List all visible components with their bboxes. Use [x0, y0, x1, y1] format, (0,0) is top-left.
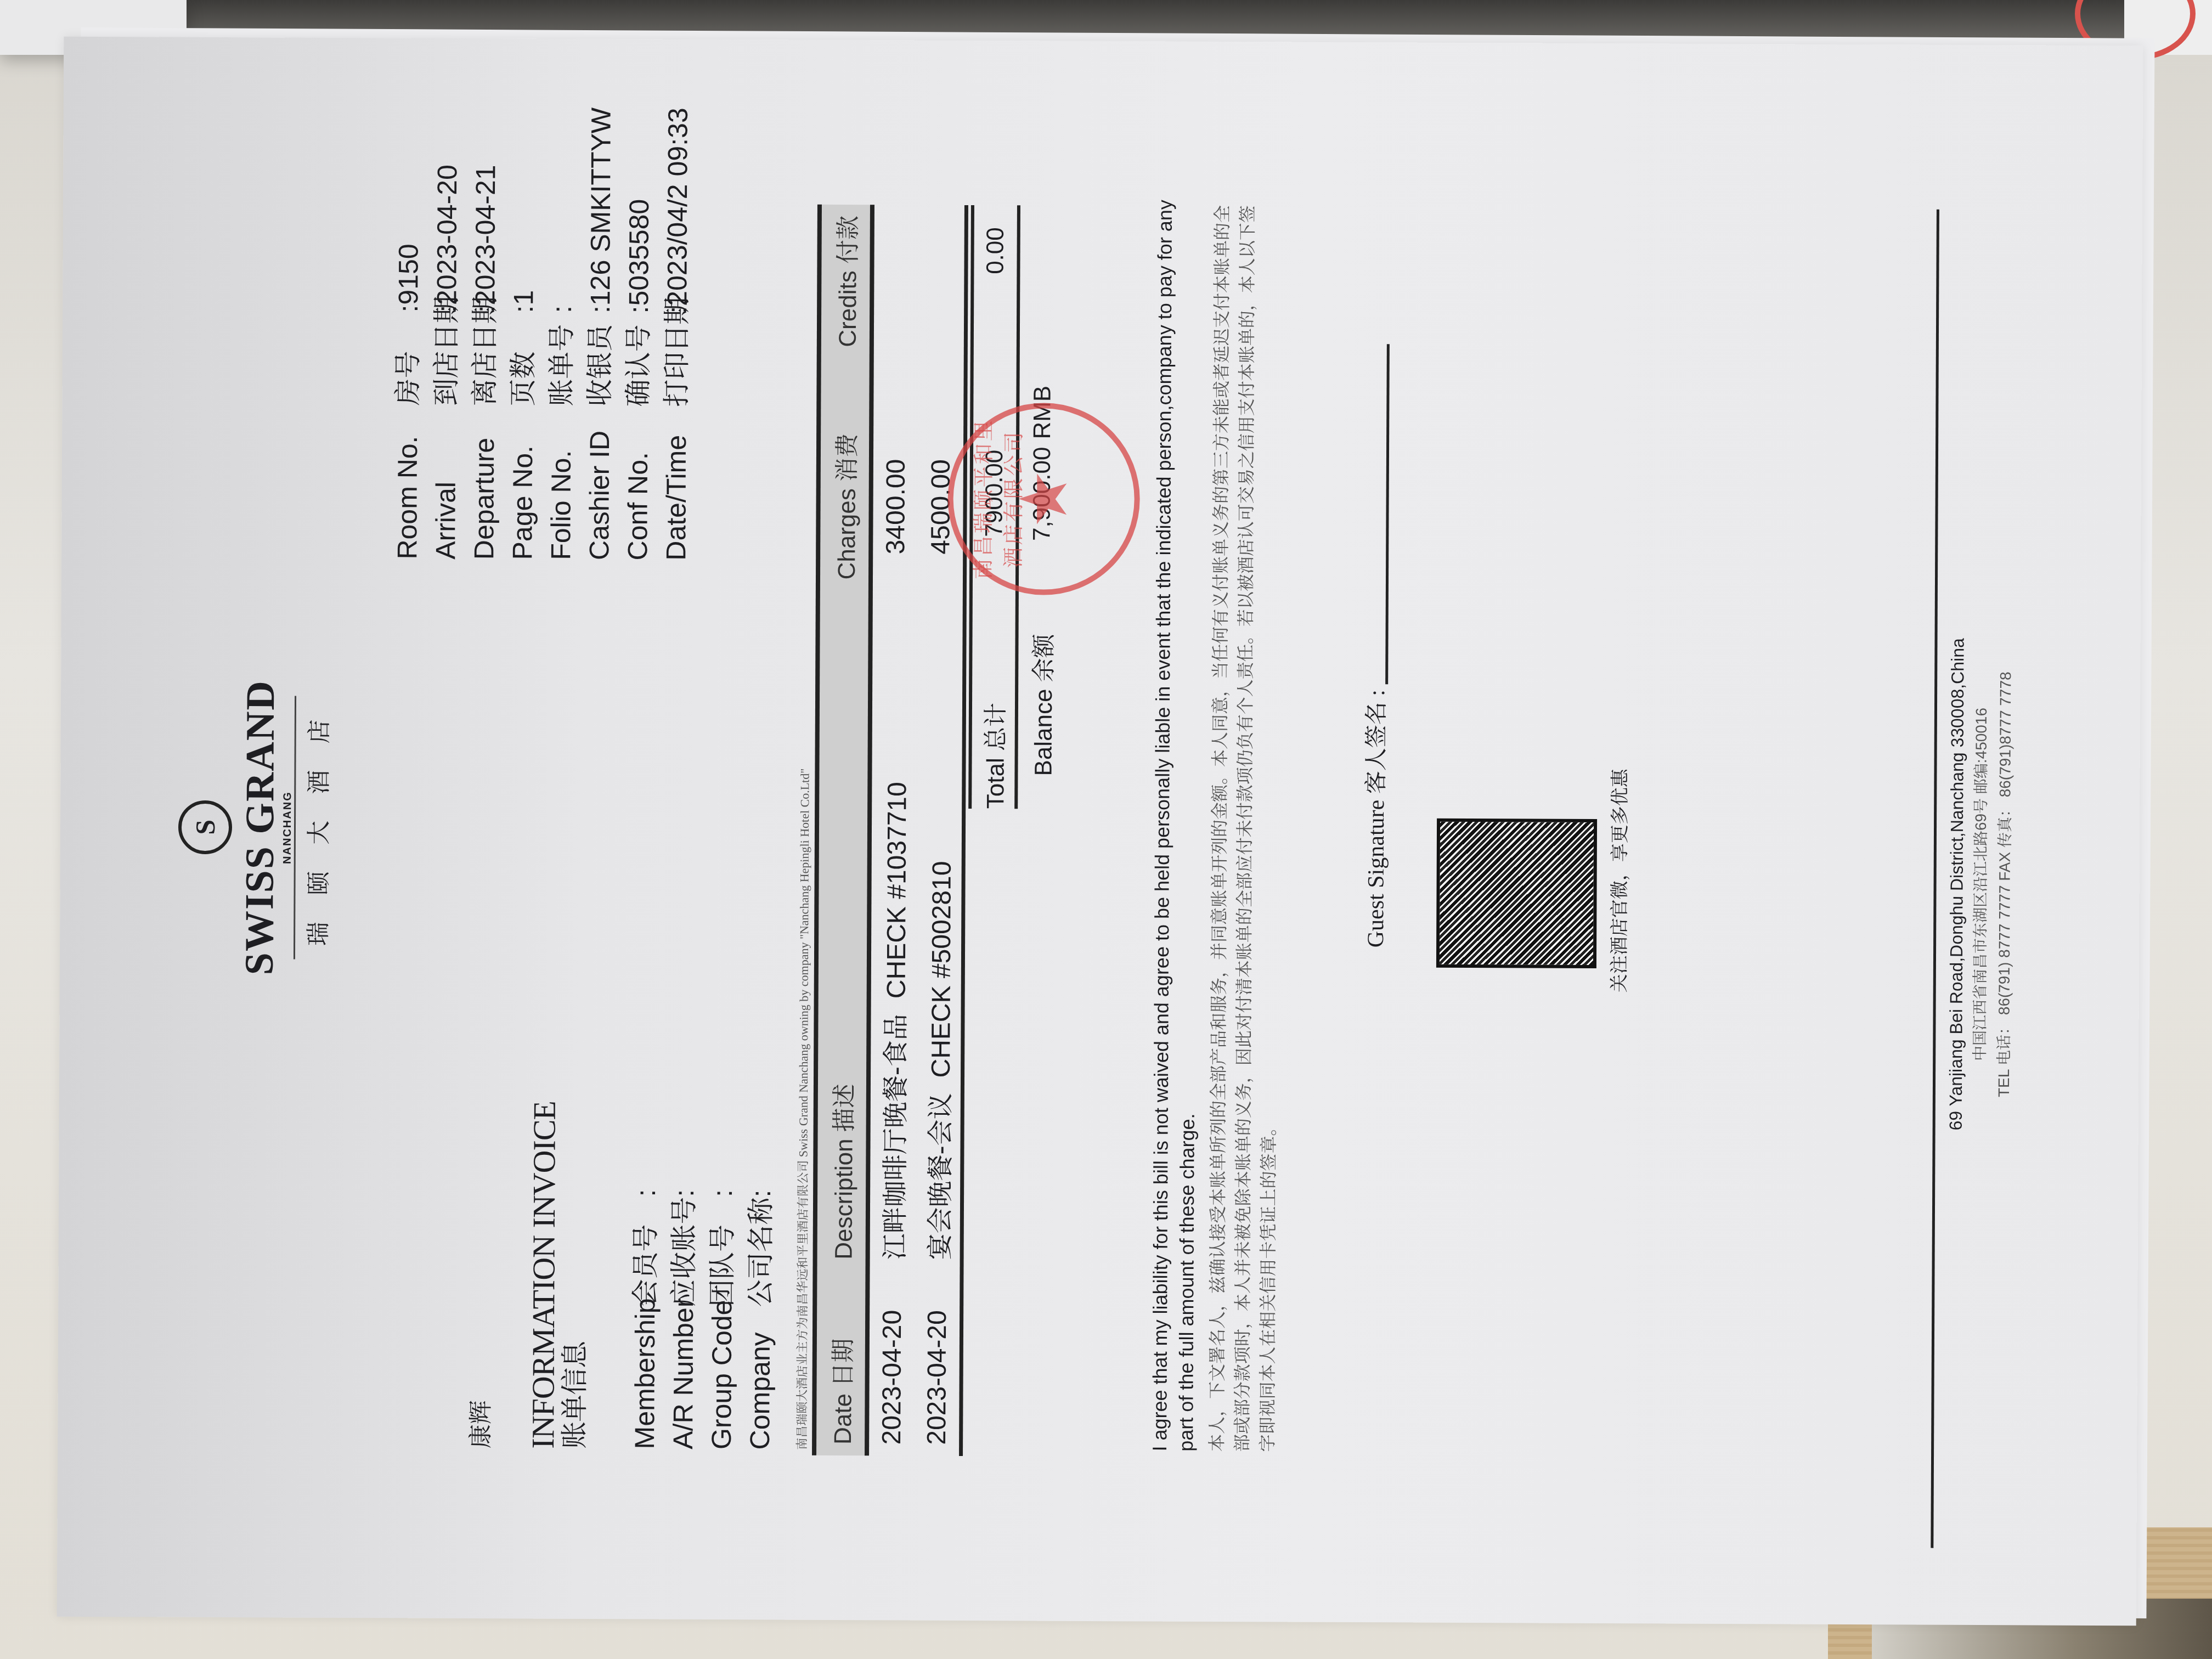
field-ar-number: A/R Number应收账号:	[664, 1175, 703, 1449]
field-room-no: Room No.房号:9150	[388, 106, 428, 560]
signature-label: Guest Signature 客人签名 :	[1357, 690, 1391, 947]
field-page-no: Page No.页数:1	[503, 107, 544, 560]
swiss-grand-monogram-icon: S	[178, 800, 232, 854]
hotel-logo: S SWISS GRAND NANCHANG 瑞 颐 大 酒 店	[177, 635, 335, 1020]
company-seal-stamp: 南昌瑞颐平和里酒店有限公司 ★	[947, 403, 1141, 596]
address-en: 69 Yanjiang Bei Road,Donghu District,Nan…	[1943, 473, 1971, 1296]
table-row: 2023-04-20 宴会晚餐-会议CHECK #5002810 4500.00	[914, 205, 964, 1456]
table-header: Date 日期 Description 描述 Charges 消费 Credit…	[812, 205, 874, 1455]
field-membership: Membership会员号:	[625, 1175, 665, 1449]
field-departure: Departure离店日期:2023-04-21	[465, 107, 505, 560]
guest-name: 康辉	[461, 1400, 496, 1448]
table-row: 2023-04-20 江畔咖啡厅晚餐-食品CHECK #1037710 3400…	[869, 205, 919, 1455]
hotel-address: 69 Yanjiang Bei Road,Donghu District,Nan…	[1943, 473, 2019, 1296]
room-number: 9150	[389, 244, 427, 305]
liability-disclaimer-cn: 本人，下文署名人，兹确认接受本账单所列的全部产品和服务，并同意账单开列的金额。本…	[1204, 190, 1285, 1452]
qr-code-icon	[1440, 822, 1594, 965]
arrival-date: 2023-04-20	[427, 165, 466, 305]
invoice-title-en: INFORMATION INVOICE	[527, 1101, 562, 1449]
col-date: Date 日期	[823, 1282, 859, 1456]
ownership-note: 南昌瑞颐大酒店业主方为南昌华远和平里酒店有限公司 Swiss Grand Nan…	[793, 769, 812, 1450]
confirmation-number: 5035580	[619, 199, 658, 306]
field-conf-no: Conf No.确认号:5035580	[618, 108, 659, 561]
field-date-time: Date/Time打印日期:2023/04/2 09:33	[657, 108, 697, 561]
liability-disclaimer-en: I agree that my liability for this bill …	[1147, 189, 1205, 1451]
charges-table: Date 日期 Description 描述 Charges 消费 Credit…	[812, 205, 968, 1456]
invoice-title: INFORMATION INVOICE 账单信息	[527, 1101, 590, 1449]
invoice-title-cn: 账单信息	[560, 1101, 590, 1449]
contact-numbers: TEL 电话： 86(791) 8777 7777 FAX 传真： 86(791…	[1991, 473, 2019, 1296]
col-credits: Credits 付款	[828, 205, 864, 390]
col-description: Description 描述	[823, 623, 861, 1282]
brand-city: NANCHANG	[281, 696, 296, 959]
brand-chinese: 瑞 颐 大 酒 店	[298, 636, 335, 1020]
qr-caption: 关注酒店官微，享更多优惠	[1604, 769, 1632, 992]
invoice-document: S SWISS GRAND NANCHANG 瑞 颐 大 酒 店 康辉 INFO…	[109, 59, 2091, 1604]
field-arrival: Arrival到店日期:2023-04-20	[426, 106, 467, 560]
total-credits: 0.00	[981, 227, 1009, 408]
print-datetime: 2023/04/2 09:33	[658, 108, 697, 306]
signature-line[interactable]	[1385, 344, 1390, 684]
departure-date: 2023-04-21	[466, 165, 505, 305]
total-label: Total 总计	[975, 578, 1012, 809]
field-folio-no: Folio No.账单号:	[541, 107, 582, 560]
balance-label: Balance 余额	[1023, 578, 1059, 776]
col-charges: Charges 消费	[827, 390, 863, 623]
guest-signature[interactable]: Guest Signature 客人签名 :	[1357, 344, 1393, 947]
right-info-fields: Room No.房号:9150 Arrival到店日期:2023-04-20 D…	[388, 106, 697, 561]
field-group-code: Group Code团队号:	[702, 1175, 742, 1449]
field-company: Company公司名称:	[741, 1175, 780, 1449]
footer-rule	[1931, 210, 1939, 1548]
left-info-fields: Membership会员号: A/R Number应收账号: Group Cod…	[625, 1175, 780, 1449]
stamp-text: 南昌瑞颐平和里酒店有限公司	[966, 408, 1027, 589]
field-cashier-id: Cashier ID收银员:126 SMKITTYW	[580, 108, 620, 561]
brand-name: SWISS GRAND	[239, 635, 281, 1019]
address-cn: 中国江西省南昌市东湖区沿江北路69号 邮编:450016	[1967, 473, 1995, 1296]
invoice-paper: S SWISS GRAND NANCHANG 瑞 颐 大 酒 店 康辉 INFO…	[57, 37, 2143, 1626]
cashier-id: 126 SMKITTYW	[581, 108, 620, 306]
page-number: 1	[504, 290, 543, 306]
